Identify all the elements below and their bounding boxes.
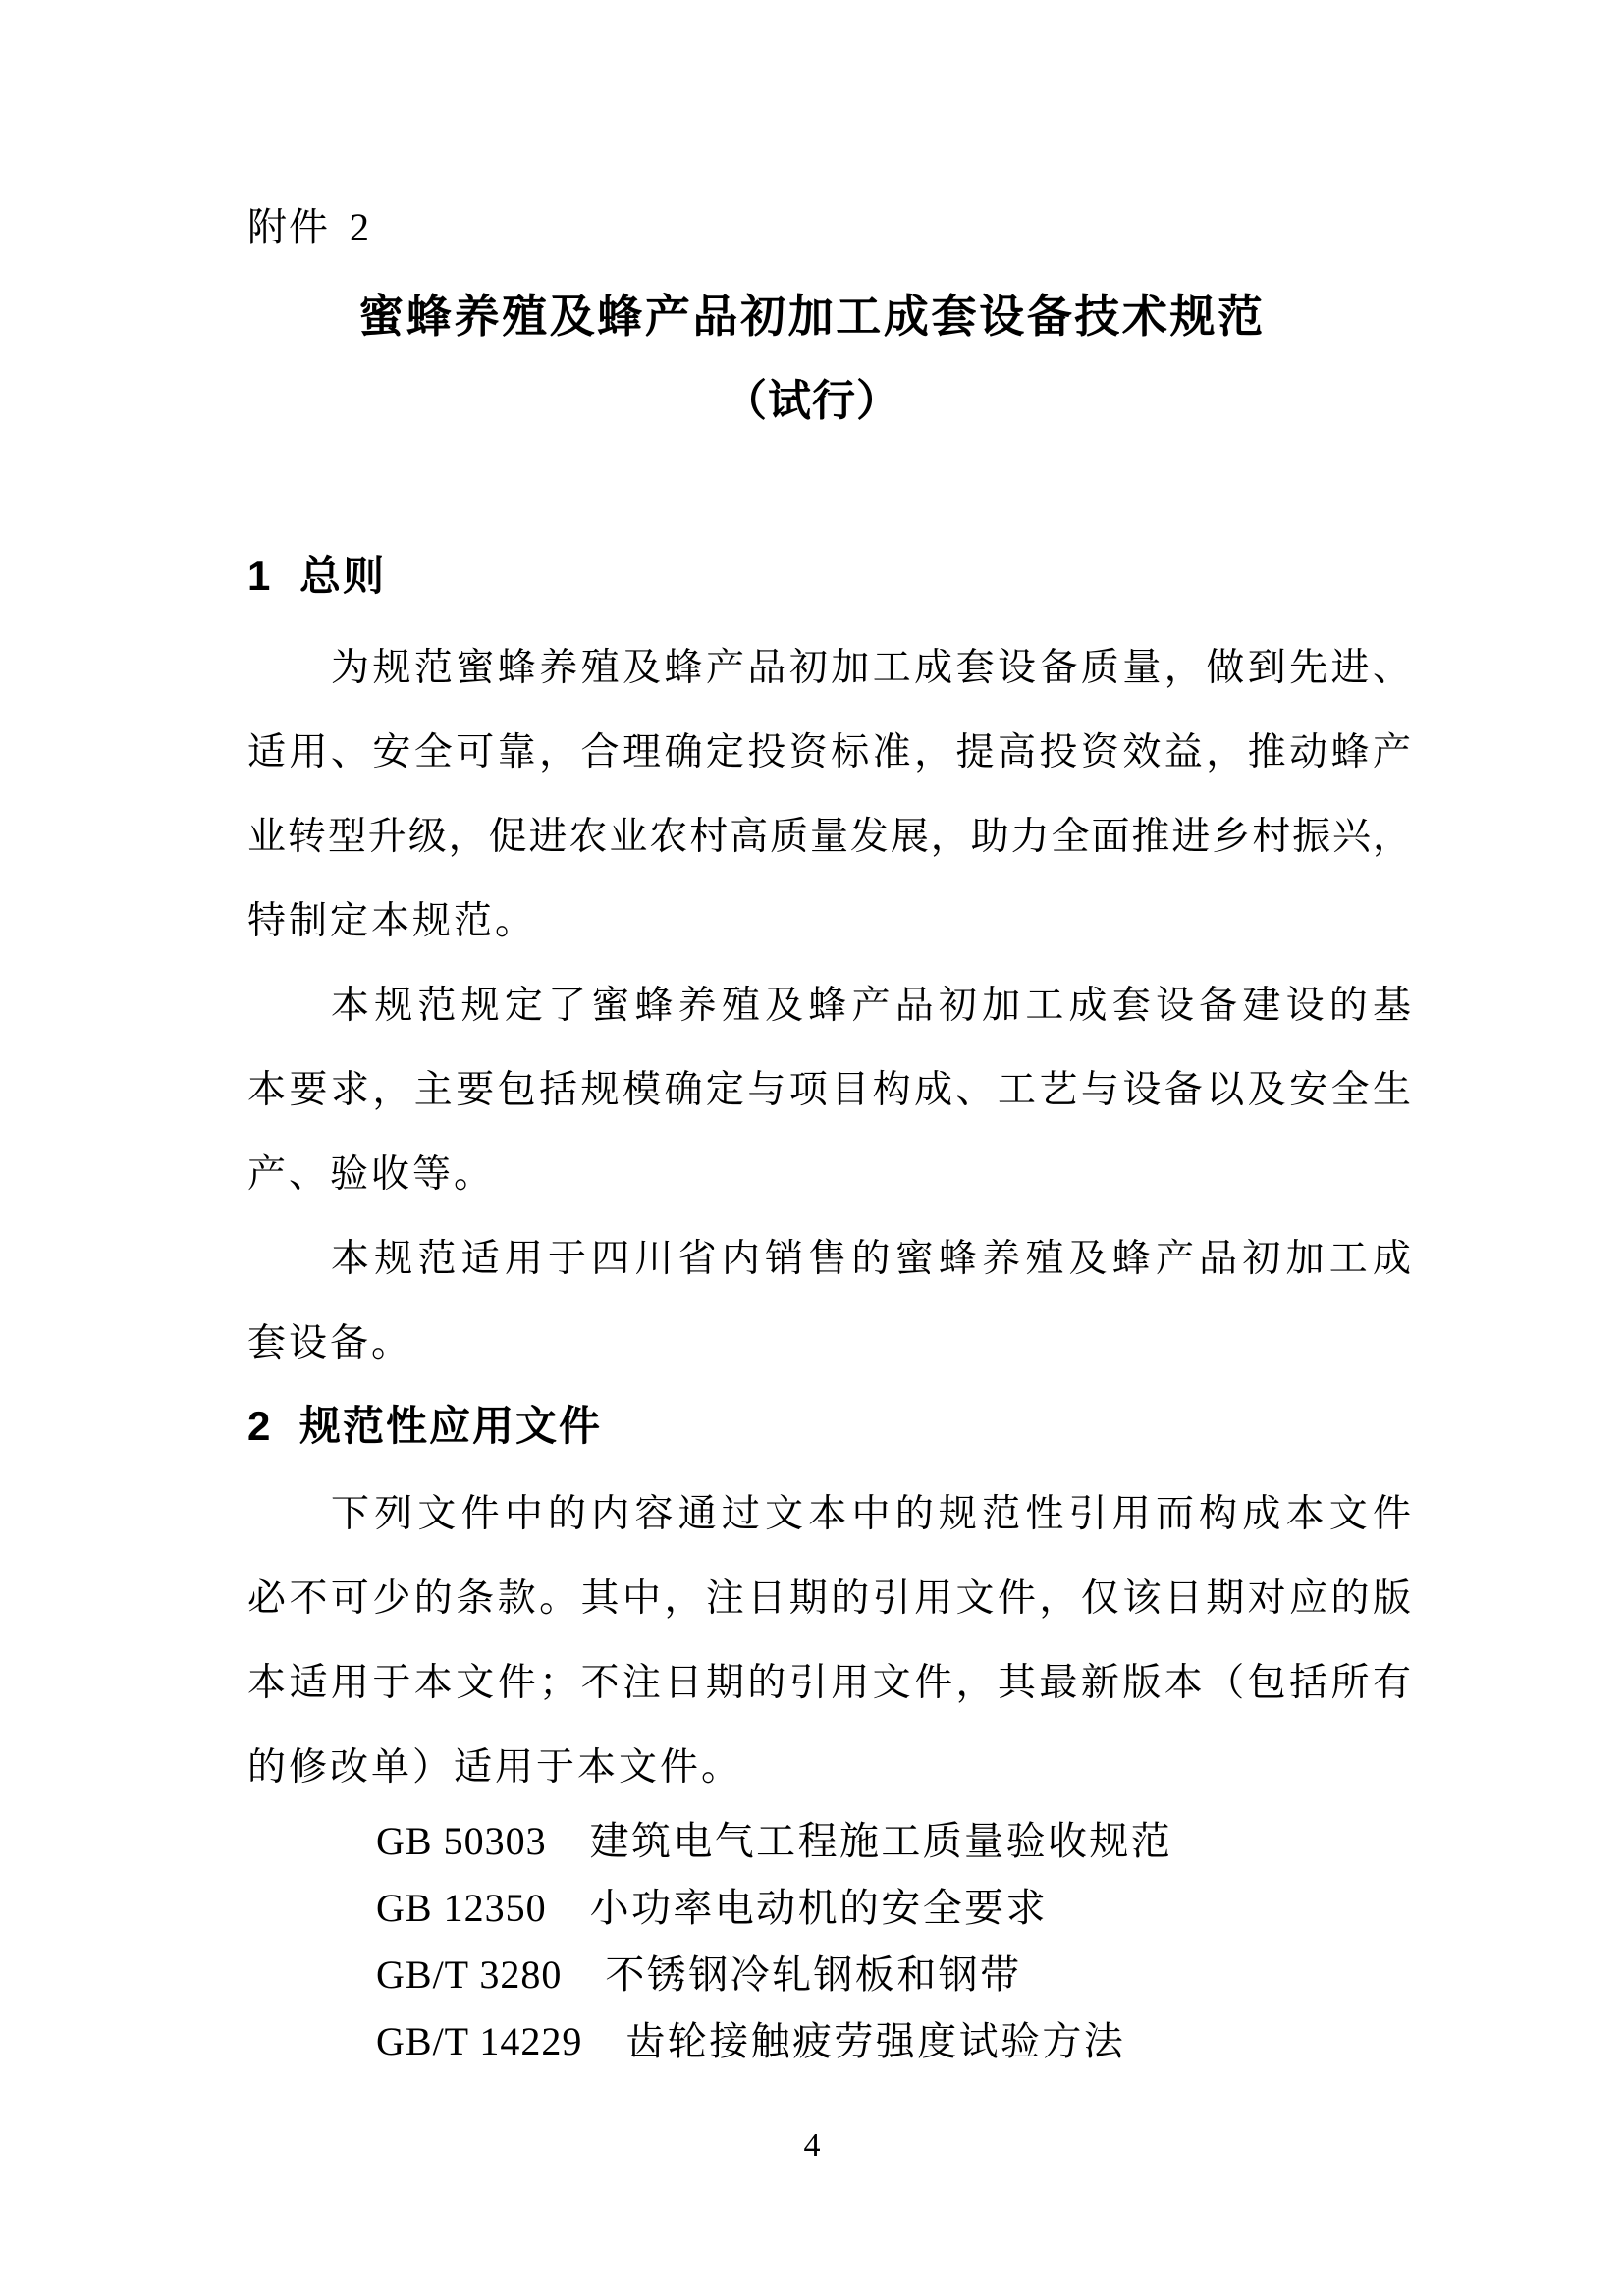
paragraph-line: 的修改单）适用于本文件。 bbox=[247, 1726, 1412, 1810]
document-page: 附件 2 蜜蜂养殖及蜂产品初加工成套设备技术规范 （试行） 1 总则 为规范蜜蜂… bbox=[0, 0, 1624, 2296]
document-subtitle: （试行） bbox=[0, 374, 1624, 429]
paragraph-line: 产、验收等。 bbox=[247, 1133, 1412, 1217]
paragraph-line: 下列文件中的内容通过文本中的规范性引用而构成本文件 bbox=[247, 1472, 1412, 1557]
section-1-paragraph-1: 为规范蜜蜂养殖及蜂产品初加工成套设备质量，做到先进、 适用、安全可靠，合理确定投… bbox=[247, 626, 1412, 964]
attachment-label: 附件 2 bbox=[247, 202, 371, 253]
paragraph-line: 本规范适用于四川省内销售的蜜蜂养殖及蜂产品初加工成 bbox=[247, 1217, 1412, 1302]
paragraph-line: 业转型升级，促进农业农村高质量发展，助力全面推进乡村振兴， bbox=[247, 795, 1412, 880]
standards-list: GB 50303建筑电气工程施工质量验收规范 GB 12350小功率电动机的安全… bbox=[376, 1808, 1456, 2075]
paragraph-line: 本规范规定了蜜蜂养殖及蜂产品初加工成套设备建设的基 bbox=[247, 964, 1412, 1048]
paragraph-line: 为规范蜜蜂养殖及蜂产品初加工成套设备质量，做到先进、 bbox=[247, 626, 1412, 711]
section-1-paragraph-3: 本规范适用于四川省内销售的蜜蜂养殖及蜂产品初加工成 套设备。 bbox=[247, 1217, 1412, 1386]
paragraph-line: 本要求，主要包括规模确定与项目构成、工艺与设备以及安全生 bbox=[247, 1048, 1412, 1133]
standard-title: 不锈钢冷轧钢板和钢带 bbox=[605, 1952, 1021, 1997]
standard-title: 小功率电动机的安全要求 bbox=[590, 1886, 1048, 1930]
standard-row: GB 50303建筑电气工程施工质量验收规范 bbox=[376, 1808, 1456, 1875]
standard-row: GB 12350小功率电动机的安全要求 bbox=[376, 1875, 1456, 1942]
standard-row: GB/T 3280不锈钢冷轧钢板和钢带 bbox=[376, 1942, 1456, 2008]
section-2-heading: 2 规范性应用文件 bbox=[247, 1396, 1412, 1457]
paragraph-line: 必不可少的条款。其中，注日期的引用文件，仅该日期对应的版 bbox=[247, 1557, 1412, 1641]
standard-code: GB/T 14229 bbox=[376, 2019, 582, 2063]
paragraph-line: 适用、安全可靠，合理确定投资标准，提高投资效益，推动蜂产 bbox=[247, 711, 1412, 795]
paragraph-line: 特制定本规范。 bbox=[247, 880, 1412, 964]
paragraph-line: 套设备。 bbox=[247, 1302, 1412, 1386]
section-2-paragraph-1: 下列文件中的内容通过文本中的规范性引用而构成本文件 必不可少的条款。其中，注日期… bbox=[247, 1472, 1412, 1810]
standard-title: 建筑电气工程施工质量验收规范 bbox=[590, 1819, 1173, 1863]
standard-row: GB/T 14229齿轮接触疲劳强度试验方法 bbox=[376, 2008, 1456, 2075]
section-1-heading: 1 总则 bbox=[247, 546, 1412, 607]
standard-code: GB/T 3280 bbox=[376, 1952, 562, 1997]
paragraph-line: 本适用于本文件；不注日期的引用文件，其最新版本（包括所有 bbox=[247, 1641, 1412, 1726]
standard-code: GB 12350 bbox=[376, 1886, 547, 1930]
section-1-paragraph-2: 本规范规定了蜜蜂养殖及蜂产品初加工成套设备建设的基 本要求，主要包括规模确定与项… bbox=[247, 964, 1412, 1217]
page-number: 4 bbox=[0, 2125, 1624, 2166]
standard-title: 齿轮接触疲劳强度试验方法 bbox=[625, 2019, 1125, 2063]
standard-code: GB 50303 bbox=[376, 1819, 547, 1863]
document-title: 蜜蜂养殖及蜂产品初加工成套设备技术规范 bbox=[0, 287, 1624, 347]
